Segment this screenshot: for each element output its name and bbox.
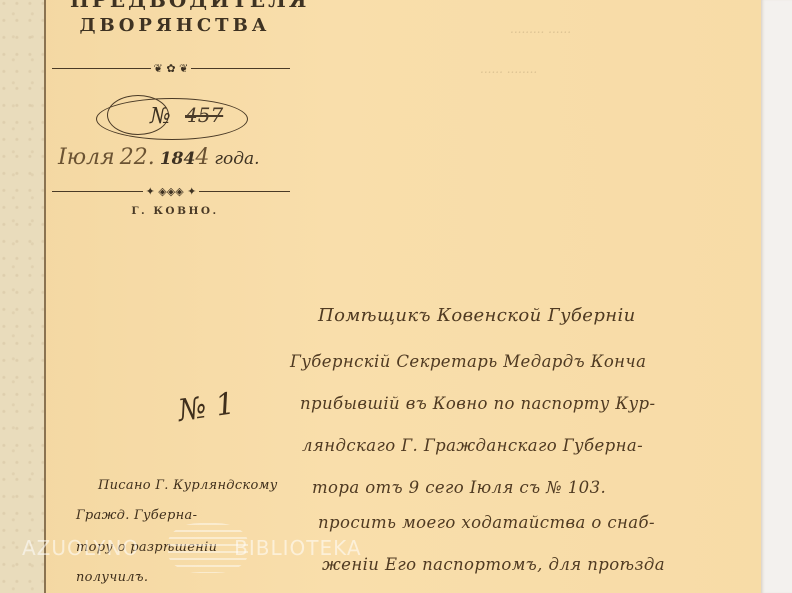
body-line-1: Помѣщикъ Ковенской Губерніи xyxy=(318,305,636,326)
date-year-handwritten: 4 xyxy=(195,145,209,170)
body-line-4: ляндскаго Г. Гражданскаго Губерна- xyxy=(302,436,643,455)
margin-note-line-4: получилъ. xyxy=(76,570,148,585)
scan-background-right xyxy=(761,0,792,593)
ornament-rule-left xyxy=(52,191,143,192)
ornament-rule-right xyxy=(199,191,290,192)
library-watermark: AZUOLYNOBIBLIOTEKA xyxy=(22,536,362,560)
letterhead-date: Іюля 22. 1844 года. xyxy=(58,145,298,173)
number-label: № xyxy=(150,104,171,129)
ornament-band-icon: ✦ ◈◈◈ ✦ xyxy=(143,185,200,198)
document-page xyxy=(44,0,763,593)
body-line-2: Губернскій Секретарь Медардъ Конча xyxy=(290,352,646,371)
number-cartouche xyxy=(96,98,248,140)
bleed-through-line-2: ...... ........ xyxy=(480,62,537,76)
margin-note-line-1: Писано Г. Курляндскому xyxy=(98,478,278,493)
ornament-flourish-icon: ❦ ✿ ❦ xyxy=(151,62,192,75)
margin-note-line-2: Гражд. Губерна- xyxy=(76,508,197,523)
document-number: 457 xyxy=(185,103,223,127)
bleed-through-line-1: ......... ...... xyxy=(510,22,571,36)
letterhead-title-line-2: ДВОРЯНСТВА xyxy=(70,15,280,36)
letterhead-title-line-1: ПРЕДВОДИТЕЛЯ xyxy=(70,0,280,12)
body-line-5: тора отъ 9 сего Іюля съ № 103. xyxy=(312,478,606,497)
watermark-right: BIBLIOTEKA xyxy=(234,536,361,560)
letterhead-ornament-bottom: ✦ ◈◈◈ ✦ xyxy=(52,186,290,196)
date-suffix: года. xyxy=(214,149,259,169)
letterhead-city: Г. КОВНО. xyxy=(100,205,250,217)
body-line-3: прибывшій въ Ковно по паспорту Кур- xyxy=(300,394,655,413)
ornament-rule-right xyxy=(191,68,290,69)
body-line-6: просить моего ходатайства о снаб- xyxy=(318,513,655,532)
scan-backing-left xyxy=(0,0,46,593)
date-year-printed: 184 xyxy=(160,149,196,169)
letterhead-ornament-top: ❦ ✿ ❦ xyxy=(52,63,290,73)
body-line-7: женіи Его паспортомъ, для проѣзда xyxy=(322,555,665,574)
date-day: 22. xyxy=(120,145,155,170)
date-month: Іюля xyxy=(58,145,115,170)
watermark-left: AZUOLYNO xyxy=(22,536,139,560)
ornament-rule-left xyxy=(52,68,151,69)
